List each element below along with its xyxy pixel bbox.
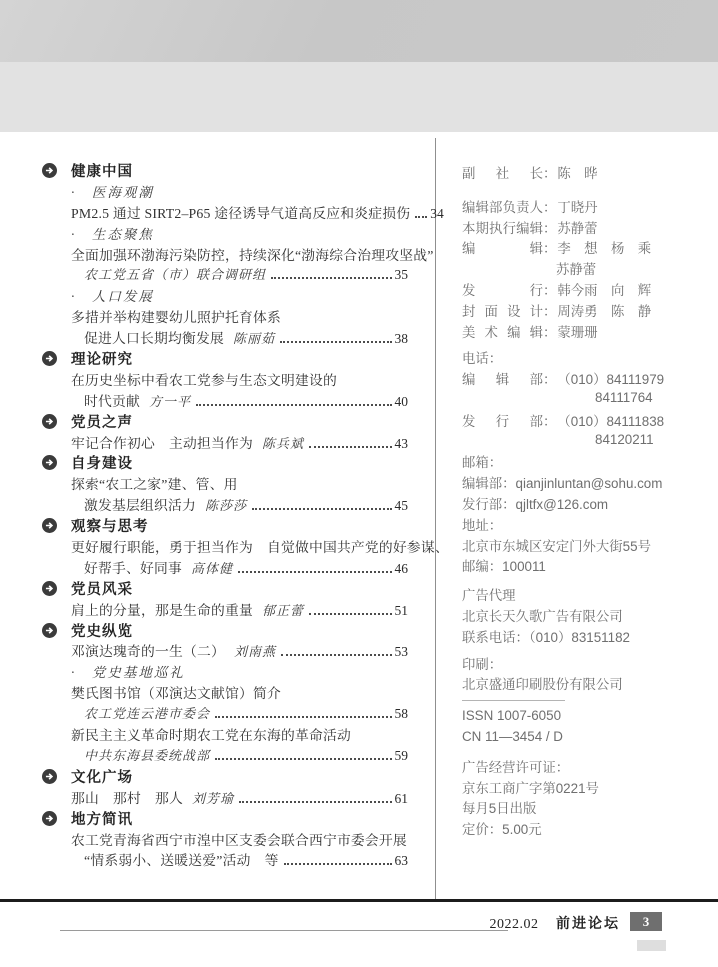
arrow-circle-icon [42, 769, 57, 784]
article-page-number: 38 [395, 331, 409, 347]
masthead-line: CN 11—3454 / D [462, 729, 704, 750]
magazine-toc-page: { "colors": { "band_dark": "#c8c8c8", "b… [0, 0, 718, 967]
masthead-divider [462, 700, 565, 701]
masthead-row: 封面设计：周涛勇 陈 静 [462, 301, 704, 322]
toc-section: 党员风采肩上的分量，那是生命的重量郁正蕾51 [42, 578, 408, 620]
masthead-line: 地址： [462, 515, 704, 536]
table-of-contents: 健康中国· 医海观潮PM2.5 通过 SIRT2–P65 途径诱导气道高反应和炎… [42, 160, 408, 870]
masthead-value: 周涛勇 陈 静 [557, 301, 651, 320]
masthead-label: 编辑部 [462, 369, 543, 388]
article-page-number: 59 [395, 748, 409, 764]
masthead-line: 邮编：100011 [462, 556, 704, 577]
dot-leader [284, 863, 392, 865]
article-title: 探索“农工之家”建、管、用 [71, 473, 238, 493]
dot-leader [280, 341, 392, 343]
toc-section-header: 党员风采 [42, 578, 408, 599]
dot-leader [415, 216, 427, 218]
masthead-label: 副社长 [462, 163, 543, 182]
masthead-value: 李 想 杨 乘 [557, 238, 651, 257]
masthead-label: 发行 [462, 280, 543, 299]
masthead-colon: ： [543, 280, 556, 299]
dot-leader [215, 758, 391, 760]
dot-leader [309, 613, 392, 615]
toc-article-line: 好帮手、好同事高体健46 [42, 557, 408, 578]
masthead-row: 编辑：李 想 杨 乘 [462, 238, 704, 259]
toc-section-title: 党员之声 [71, 411, 133, 432]
masthead-value: 韩今雨 向 辉 [557, 280, 651, 299]
article-title: 多措并举构建婴幼儿照护托育体系 [71, 306, 281, 326]
masthead-colon: ： [543, 238, 556, 257]
article-author: 高体健 [191, 558, 233, 577]
toc-section-header: 党员之声 [42, 411, 408, 432]
masthead-line: 广告代理 [462, 585, 704, 606]
masthead-group: 印刷：北京盛通印刷股份有限公司 [462, 654, 704, 696]
masthead-colon: ： [543, 163, 556, 182]
masthead-colon: ： [543, 411, 556, 430]
column-divider [435, 138, 436, 901]
footer-text: 2022.02 前进论坛 [380, 913, 620, 933]
toc-article-line: 时代贡献方一平40 [42, 390, 408, 411]
masthead-line: 编辑部：qianjinluntan@sohu.com [462, 473, 704, 494]
article-author: 陈丽茹 [233, 328, 275, 347]
toc-section-header: 文化广场 [42, 766, 408, 787]
masthead-line: 北京盛通印刷股份有限公司 [462, 674, 704, 695]
scan-band-dark [0, 0, 718, 62]
toc-subhead: · 医海观潮 [42, 181, 408, 202]
masthead-phone-continuation: 84111764 [462, 390, 704, 411]
toc-section-title: 理论研究 [71, 348, 133, 369]
masthead-label: 发行部 [462, 411, 543, 430]
toc-article-line: 中共东海县委统战部59 [42, 745, 408, 766]
article-page-number: 43 [395, 436, 409, 452]
toc-section-title: 观察与思考 [71, 515, 149, 536]
toc-article-line: 促进人口长期均衡发展陈丽茹38 [42, 327, 408, 348]
toc-section: 党员之声牢记合作初心 主动担当作为陈兵斌43 [42, 411, 408, 453]
toc-article-line: 那山 那村 那人刘芳瑜61 [42, 787, 408, 808]
masthead-line: 定价：5.00元 [462, 819, 704, 840]
masthead-continuation: 苏静蕾 [462, 259, 704, 280]
toc-article-line: 樊氏图书馆（邓演达文献馆）简介 [42, 682, 408, 703]
page-number-badge: 3 [630, 912, 662, 931]
article-title: 全面加强环渤海污染防控，持续深化“渤海综合治理攻坚战” [71, 244, 434, 264]
masthead-line: 京东工商广字第0221号 [462, 778, 704, 799]
dot-leader [309, 446, 392, 448]
toc-article-line: 全面加强环渤海污染防控，持续深化“渤海综合治理攻坚战” [42, 244, 408, 265]
toc-subhead: · 人口发展 [42, 285, 408, 306]
toc-article-line: 农工党青海省西宁市湟中区支委会联合西宁市委会开展 [42, 829, 408, 850]
toc-section: 健康中国· 医海观潮PM2.5 通过 SIRT2–P65 途径诱导气道高反应和炎… [42, 160, 408, 348]
masthead-line: 印刷： [462, 654, 704, 675]
masthead-group: 电话：编辑部：（010）8411197984111764发行部：（010）841… [462, 348, 704, 577]
toc-article-line: 邓演达瑰奇的一生（二）刘南燕53 [42, 640, 408, 661]
arrow-circle-icon [42, 455, 57, 470]
toc-article-line: PM2.5 通过 SIRT2–P65 途径诱导气道高反应和炎症损伤34 [42, 202, 408, 223]
masthead-row: 本期执行编辑：苏静蕾 [462, 218, 704, 239]
toc-section: 地方简讯农工党青海省西宁市湟中区支委会联合西宁市委会开展“情系弱小、送暖送爱”活… [42, 808, 408, 871]
article-page-number: 45 [395, 498, 409, 514]
toc-section-header: 党史纵览 [42, 620, 408, 641]
scan-band-light [0, 62, 718, 132]
article-author: 中共东海县委统战部 [84, 745, 210, 764]
toc-article-line: 多措并举构建婴幼儿照护托育体系 [42, 306, 408, 327]
masthead-row: 发行部：（010）84111838 [462, 411, 704, 432]
article-author: 农工党连云港市委会 [84, 703, 210, 722]
article-page-number: 35 [395, 267, 409, 283]
masthead-label: 编辑 [462, 238, 543, 257]
dot-leader [215, 716, 391, 718]
masthead-group: 编辑部负责人：丁晓丹本期执行编辑：苏静蕾编辑：李 想 杨 乘苏静蕾发行：韩今雨 … [462, 197, 704, 343]
article-author: 陈兵斌 [262, 433, 304, 452]
bottom-heavy-rule [0, 899, 718, 902]
footer-issue: 2022.02 [490, 917, 539, 932]
masthead-value: 陈 晔 [557, 163, 597, 182]
arrow-circle-icon [42, 518, 57, 533]
toc-article-line: 在历史坐标中看农工党参与生态文明建设的 [42, 369, 408, 390]
article-page-number: 53 [395, 644, 409, 660]
article-title: 好帮手、好同事 [84, 557, 182, 577]
masthead-group: 广告代理北京长天久歌广告有限公司联系电话：（010）83151182 [462, 585, 704, 647]
masthead-label: 美术编辑 [462, 322, 543, 341]
masthead-column: 副社长：陈 晔编辑部负责人：丁晓丹本期执行编辑：苏静蕾编辑：李 想 杨 乘苏静蕾… [462, 163, 704, 846]
masthead-value: 丁晓丹 [557, 197, 597, 216]
masthead-line: 广告经营许可证： [462, 757, 704, 778]
article-page-number: 61 [395, 791, 409, 807]
article-page-number: 51 [395, 603, 409, 619]
masthead-line: 北京长天久歌广告有限公司 [462, 606, 704, 627]
toc-section-header: 观察与思考 [42, 515, 408, 536]
article-page-number: 34 [430, 206, 444, 222]
dot-leader [252, 508, 392, 510]
article-title: 更好履行职能，勇于担当作为 自觉做中国共产党的好参谋、 [71, 536, 449, 556]
toc-section: 观察与思考更好履行职能，勇于担当作为 自觉做中国共产党的好参谋、好帮手、好同事高… [42, 515, 408, 578]
toc-article-line: 探索“农工之家”建、管、用 [42, 473, 408, 494]
toc-section-title: 党员风采 [71, 578, 133, 599]
masthead-value: （010）84111838 [557, 411, 664, 430]
article-author: 郁正蕾 [262, 600, 304, 619]
article-page-number: 63 [395, 853, 409, 869]
article-author: 陈莎莎 [205, 495, 247, 514]
article-title: 时代贡献 [84, 390, 140, 410]
masthead-colon: ： [543, 301, 556, 320]
masthead-line: 发行部：qjltfx@126.com [462, 494, 704, 515]
toc-section: 自身建设探索“农工之家”建、管、用激发基层组织活力陈莎莎45 [42, 452, 408, 515]
masthead-line: 电话： [462, 348, 704, 369]
article-author: 刘芳瑜 [192, 788, 234, 807]
masthead-colon: ： [543, 322, 556, 341]
toc-section-header: 自身建设 [42, 452, 408, 473]
toc-article-line: 农工党五省（市）联合调研组35 [42, 264, 408, 285]
masthead-label: 本期执行编辑 [462, 218, 543, 237]
arrow-circle-icon [42, 414, 57, 429]
article-title: 促进人口长期均衡发展 [84, 327, 224, 347]
arrow-circle-icon [42, 623, 57, 638]
article-author: 方一平 [149, 391, 191, 410]
toc-section-header: 健康中国 [42, 160, 408, 181]
toc-article-line: 新民主主义革命时期农工党在东海的革命活动 [42, 724, 408, 745]
article-title: 新民主主义革命时期农工党在东海的革命活动 [71, 724, 351, 744]
masthead-colon: ： [543, 218, 556, 237]
footer-magazine-title: 前进论坛 [556, 917, 620, 932]
article-author: 刘南燕 [234, 641, 276, 660]
toc-subhead: · 生态聚焦 [42, 223, 408, 244]
masthead-row: 美术编辑：蒙珊珊 [462, 322, 704, 343]
masthead-value: 蒙珊珊 [557, 322, 597, 341]
masthead-row: 发行：韩今雨 向 辉 [462, 280, 704, 301]
masthead-row: 编辑部负责人：丁晓丹 [462, 197, 704, 218]
toc-section: 理论研究在历史坐标中看农工党参与生态文明建设的时代贡献方一平40 [42, 348, 408, 411]
arrow-circle-icon [42, 581, 57, 596]
article-title: PM2.5 通过 SIRT2–P65 途径诱导气道高反应和炎症损伤 [71, 202, 410, 222]
toc-section-title: 党史纵览 [71, 620, 133, 641]
masthead-group: ISSN 1007-6050CN 11—3454 / D [462, 708, 704, 750]
dot-leader [196, 404, 391, 406]
toc-article-line: 激发基层组织活力陈莎莎45 [42, 494, 408, 515]
toc-article-line: “情系弱小、送暖送爱”活动 等63 [42, 849, 408, 870]
masthead-line: 每月5日出版 [462, 798, 704, 819]
masthead-value: （010）84111979 [557, 369, 664, 388]
toc-section-title: 文化广场 [71, 766, 133, 787]
page-number-shadow [637, 940, 666, 951]
article-author: 农工党五省（市）联合调研组 [84, 264, 266, 283]
article-title: 樊氏图书馆（邓演达文献馆）简介 [71, 682, 281, 702]
masthead-group: 副社长：陈 晔 [462, 163, 704, 184]
toc-article-line: 更好履行职能，勇于担当作为 自觉做中国共产党的好参谋、 [42, 536, 408, 557]
masthead-line: ISSN 1007-6050 [462, 708, 704, 729]
toc-section-title: 自身建设 [71, 452, 133, 473]
masthead-group: 广告经营许可证：京东工商广字第0221号每月5日出版定价：5.00元 [462, 757, 704, 840]
toc-section: 党史纵览邓演达瑰奇的一生（二）刘南燕53· 党史基地巡礼樊氏图书馆（邓演达文献馆… [42, 620, 408, 766]
arrow-circle-icon [42, 351, 57, 366]
toc-section-title: 健康中国 [71, 160, 133, 181]
toc-section: 文化广场那山 那村 那人刘芳瑜61 [42, 766, 408, 808]
article-title: “情系弱小、送暖送爱”活动 等 [84, 849, 279, 869]
masthead-label: 封面设计 [462, 301, 543, 320]
article-page-number: 46 [395, 561, 409, 577]
toc-article-line: 肩上的分量，那是生命的重量郁正蕾51 [42, 599, 408, 620]
masthead-line: 联系电话：（010）83151182 [462, 627, 704, 648]
masthead-row: 副社长：陈 晔 [462, 163, 704, 184]
dot-leader [238, 571, 392, 573]
article-page-number: 40 [395, 394, 409, 410]
arrow-circle-icon [42, 163, 57, 178]
toc-article-line: 农工党连云港市委会58 [42, 703, 408, 724]
masthead-row: 编辑部：（010）84111979 [462, 369, 704, 390]
toc-section-header: 理论研究 [42, 348, 408, 369]
toc-section-header: 地方简讯 [42, 808, 408, 829]
article-page-number: 58 [395, 706, 409, 722]
masthead-colon: ： [543, 369, 556, 388]
article-title: 在历史坐标中看农工党参与生态文明建设的 [71, 369, 337, 389]
toc-section-title: 地方简讯 [71, 808, 133, 829]
masthead-label: 编辑部负责人 [462, 197, 543, 216]
article-title: 邓演达瑰奇的一生（二） [71, 640, 225, 660]
masthead-phone-continuation: 84120211 [462, 432, 704, 453]
article-title: 农工党青海省西宁市湟中区支委会联合西宁市委会开展 [71, 829, 407, 849]
masthead-line: 北京市东城区安定门外大街55号 [462, 536, 704, 557]
masthead-value: 苏静蕾 [557, 218, 597, 237]
toc-subhead: · 党史基地巡礼 [42, 661, 408, 682]
toc-article-line: 牢记合作初心 主动担当作为陈兵斌43 [42, 432, 408, 453]
dot-leader [281, 654, 392, 656]
article-title: 肩上的分量，那是生命的重量 [71, 599, 253, 619]
masthead-line: 邮箱： [462, 452, 704, 473]
article-title: 激发基层组织活力 [84, 494, 196, 514]
dot-leader [239, 801, 392, 803]
article-title: 牢记合作初心 主动担当作为 [71, 432, 253, 452]
masthead-colon: ： [543, 197, 556, 216]
arrow-circle-icon [42, 811, 57, 826]
dot-leader [271, 277, 391, 279]
article-title: 那山 那村 那人 [71, 787, 183, 807]
